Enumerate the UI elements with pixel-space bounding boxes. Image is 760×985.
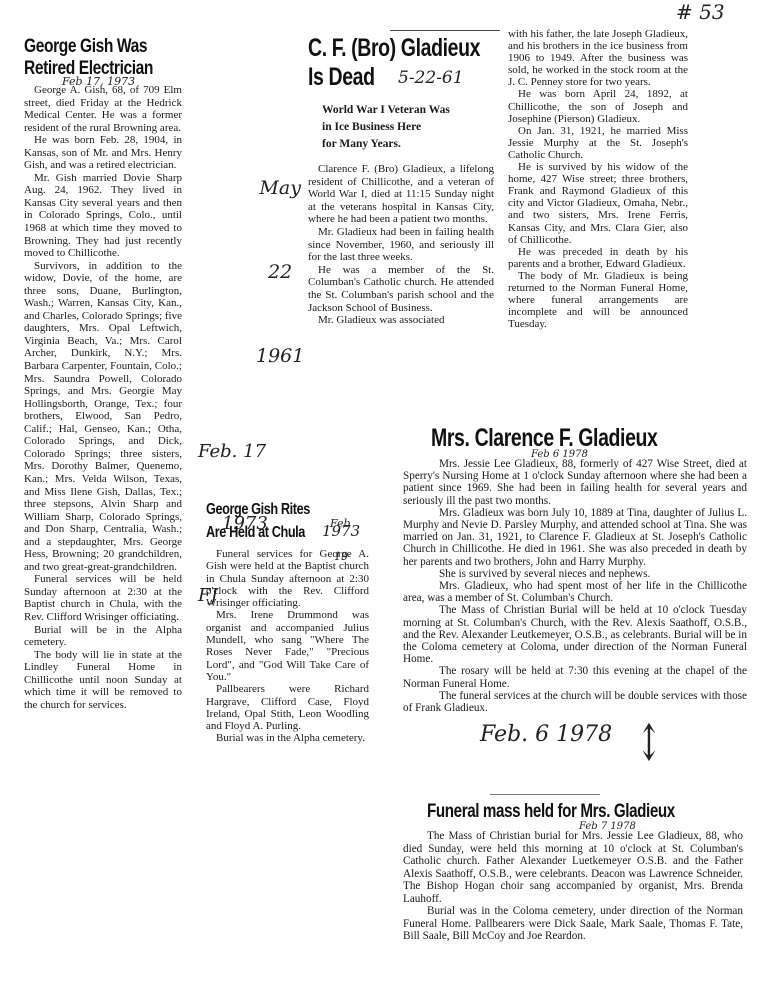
subheadline-line: for Many Years.	[322, 136, 494, 153]
subheadline-line: World War I Veteran Was	[322, 102, 494, 119]
paragraph: Burial was in the Coloma cemetery, under…	[403, 905, 743, 943]
note-line: Feb. 17	[198, 440, 268, 464]
paragraph: Mr. Gladieux was associated	[308, 314, 494, 327]
subheadline-line: in Ice Business Here	[322, 119, 494, 136]
margin-note-may-1961: May 22 1961	[256, 118, 304, 398]
paragraph: Mr. Gladieux had been in failing health …	[308, 226, 494, 264]
paragraph: Mr. Gish married Dovie Sharp Aug. 24, 19…	[24, 172, 182, 260]
paragraph: Mrs. Irene Drummond was organist and acc…	[206, 609, 369, 683]
paragraph: On Jan. 31, 1921, he married Miss Jessie…	[508, 125, 688, 161]
headline-line-1: George Gish Was	[24, 36, 188, 58]
handwritten-year: 1973	[322, 524, 360, 539]
paragraph: George A. Gish, 68, of 709 Elm street, d…	[24, 84, 182, 134]
headline: Mrs. Clarence F. Gladieux	[431, 424, 743, 452]
paragraph: He was a member of the St. Columban's Ca…	[308, 264, 494, 314]
paragraph: Burial will be in the Alpha cemetery.	[24, 624, 182, 649]
subheadline: World War I Veteran Was in Ice Business …	[322, 102, 494, 153]
paragraph: Burial was in the Alpha cemetery.	[206, 732, 369, 744]
headline: George Gish Was Retired Electrician	[24, 36, 188, 80]
note-line: 19	[330, 551, 351, 562]
paragraph: The body of Mr. Gladieux is being return…	[508, 270, 688, 330]
note-line: 1961	[256, 342, 304, 370]
divider-rule	[390, 30, 500, 31]
clipping-mrs-gladieux-obituary: Mrs. Clarence F. Gladieux Feb 6 1978 Mrs…	[403, 424, 747, 714]
paragraph: The funeral services at the church will …	[403, 690, 747, 714]
headline-line-1: C. F. (Bro) Gladieux	[308, 34, 495, 63]
page-marker: # 53	[676, 2, 725, 22]
margin-note-feb-1978: Feb. 6 1978	[480, 724, 612, 746]
paragraph: Pallbearers were Richard Hargrave, Cliff…	[206, 683, 369, 732]
paragraph: Funeral services will be held Sunday aft…	[24, 573, 182, 623]
handwritten-date: Feb 19	[330, 496, 351, 584]
handwritten-date: 5-22-61	[398, 70, 464, 87]
handwritten-date: Feb 7 1978	[579, 822, 636, 832]
paragraph: The Mass of Christian burial for Mrs. Je…	[403, 830, 743, 905]
paragraph: She is survived by several nieces and ne…	[403, 568, 747, 580]
divider-rule	[490, 794, 600, 795]
article-body: The Mass of Christian burial for Mrs. Je…	[403, 830, 743, 943]
paragraph: Mrs. Gladieux, who had spent most of her…	[403, 580, 747, 604]
paragraph: Clarence F. (Bro) Gladieux, a lifelong r…	[308, 163, 494, 226]
handwritten-date: Feb 17, 1973	[62, 76, 135, 87]
paragraph: He was born April 24, 1892, at Chillicot…	[508, 88, 688, 124]
article-body: George A. Gish, 68, of 709 Elm street, d…	[24, 84, 182, 711]
paragraph: He is survived by his widow of the home,…	[508, 161, 688, 246]
paragraph: The body will lie in state at the Lindle…	[24, 649, 182, 712]
handwritten-date: Feb 6 1978	[531, 450, 588, 460]
paragraph: Mrs. Jessie Lee Gladieux, 88, formerly o…	[403, 458, 747, 507]
clipping-gladieux-obituary: C. F. (Bro) Gladieux Is Dead 5-22-61 Wor…	[308, 34, 494, 327]
article-body-column-1: Clarence F. (Bro) Gladieux, a lifelong r…	[308, 163, 494, 327]
paragraph: He was born Feb. 28, 1904, in Kansas, so…	[24, 134, 182, 172]
article-body-column-2: with his father, the late Joseph Gladieu…	[508, 28, 688, 330]
double-arrow-icon: ↕	[636, 718, 661, 768]
paragraph: with his father, the late Joseph Gladieu…	[508, 28, 688, 88]
note-line: 22	[256, 258, 304, 286]
clipping-gish-obituary: George Gish Was Retired Electrician Feb …	[24, 36, 182, 711]
clipping-gladieux-obituary-continued: with his father, the late Joseph Gladieu…	[508, 28, 688, 330]
paragraph: He was preceded in death by his parents …	[508, 246, 688, 270]
clipping-gish-rites: George Gish Rites Are Held at Chula Feb …	[206, 498, 369, 745]
paragraph: The Mass of Christian Burial will be hel…	[403, 604, 747, 665]
paragraph: Survivors, in addition to the widow, Dov…	[24, 260, 182, 574]
note-line: May	[256, 174, 304, 202]
clipping-funeral-mass: Funeral mass held for Mrs. Gladieux Feb …	[403, 800, 743, 943]
paragraph: The rosary will be held at 7:30 this eve…	[403, 665, 747, 689]
paragraph: Mrs. Gladieux was born July 10, 1889 at …	[403, 507, 747, 568]
article-body: Mrs. Jessie Lee Gladieux, 88, formerly o…	[403, 458, 747, 714]
